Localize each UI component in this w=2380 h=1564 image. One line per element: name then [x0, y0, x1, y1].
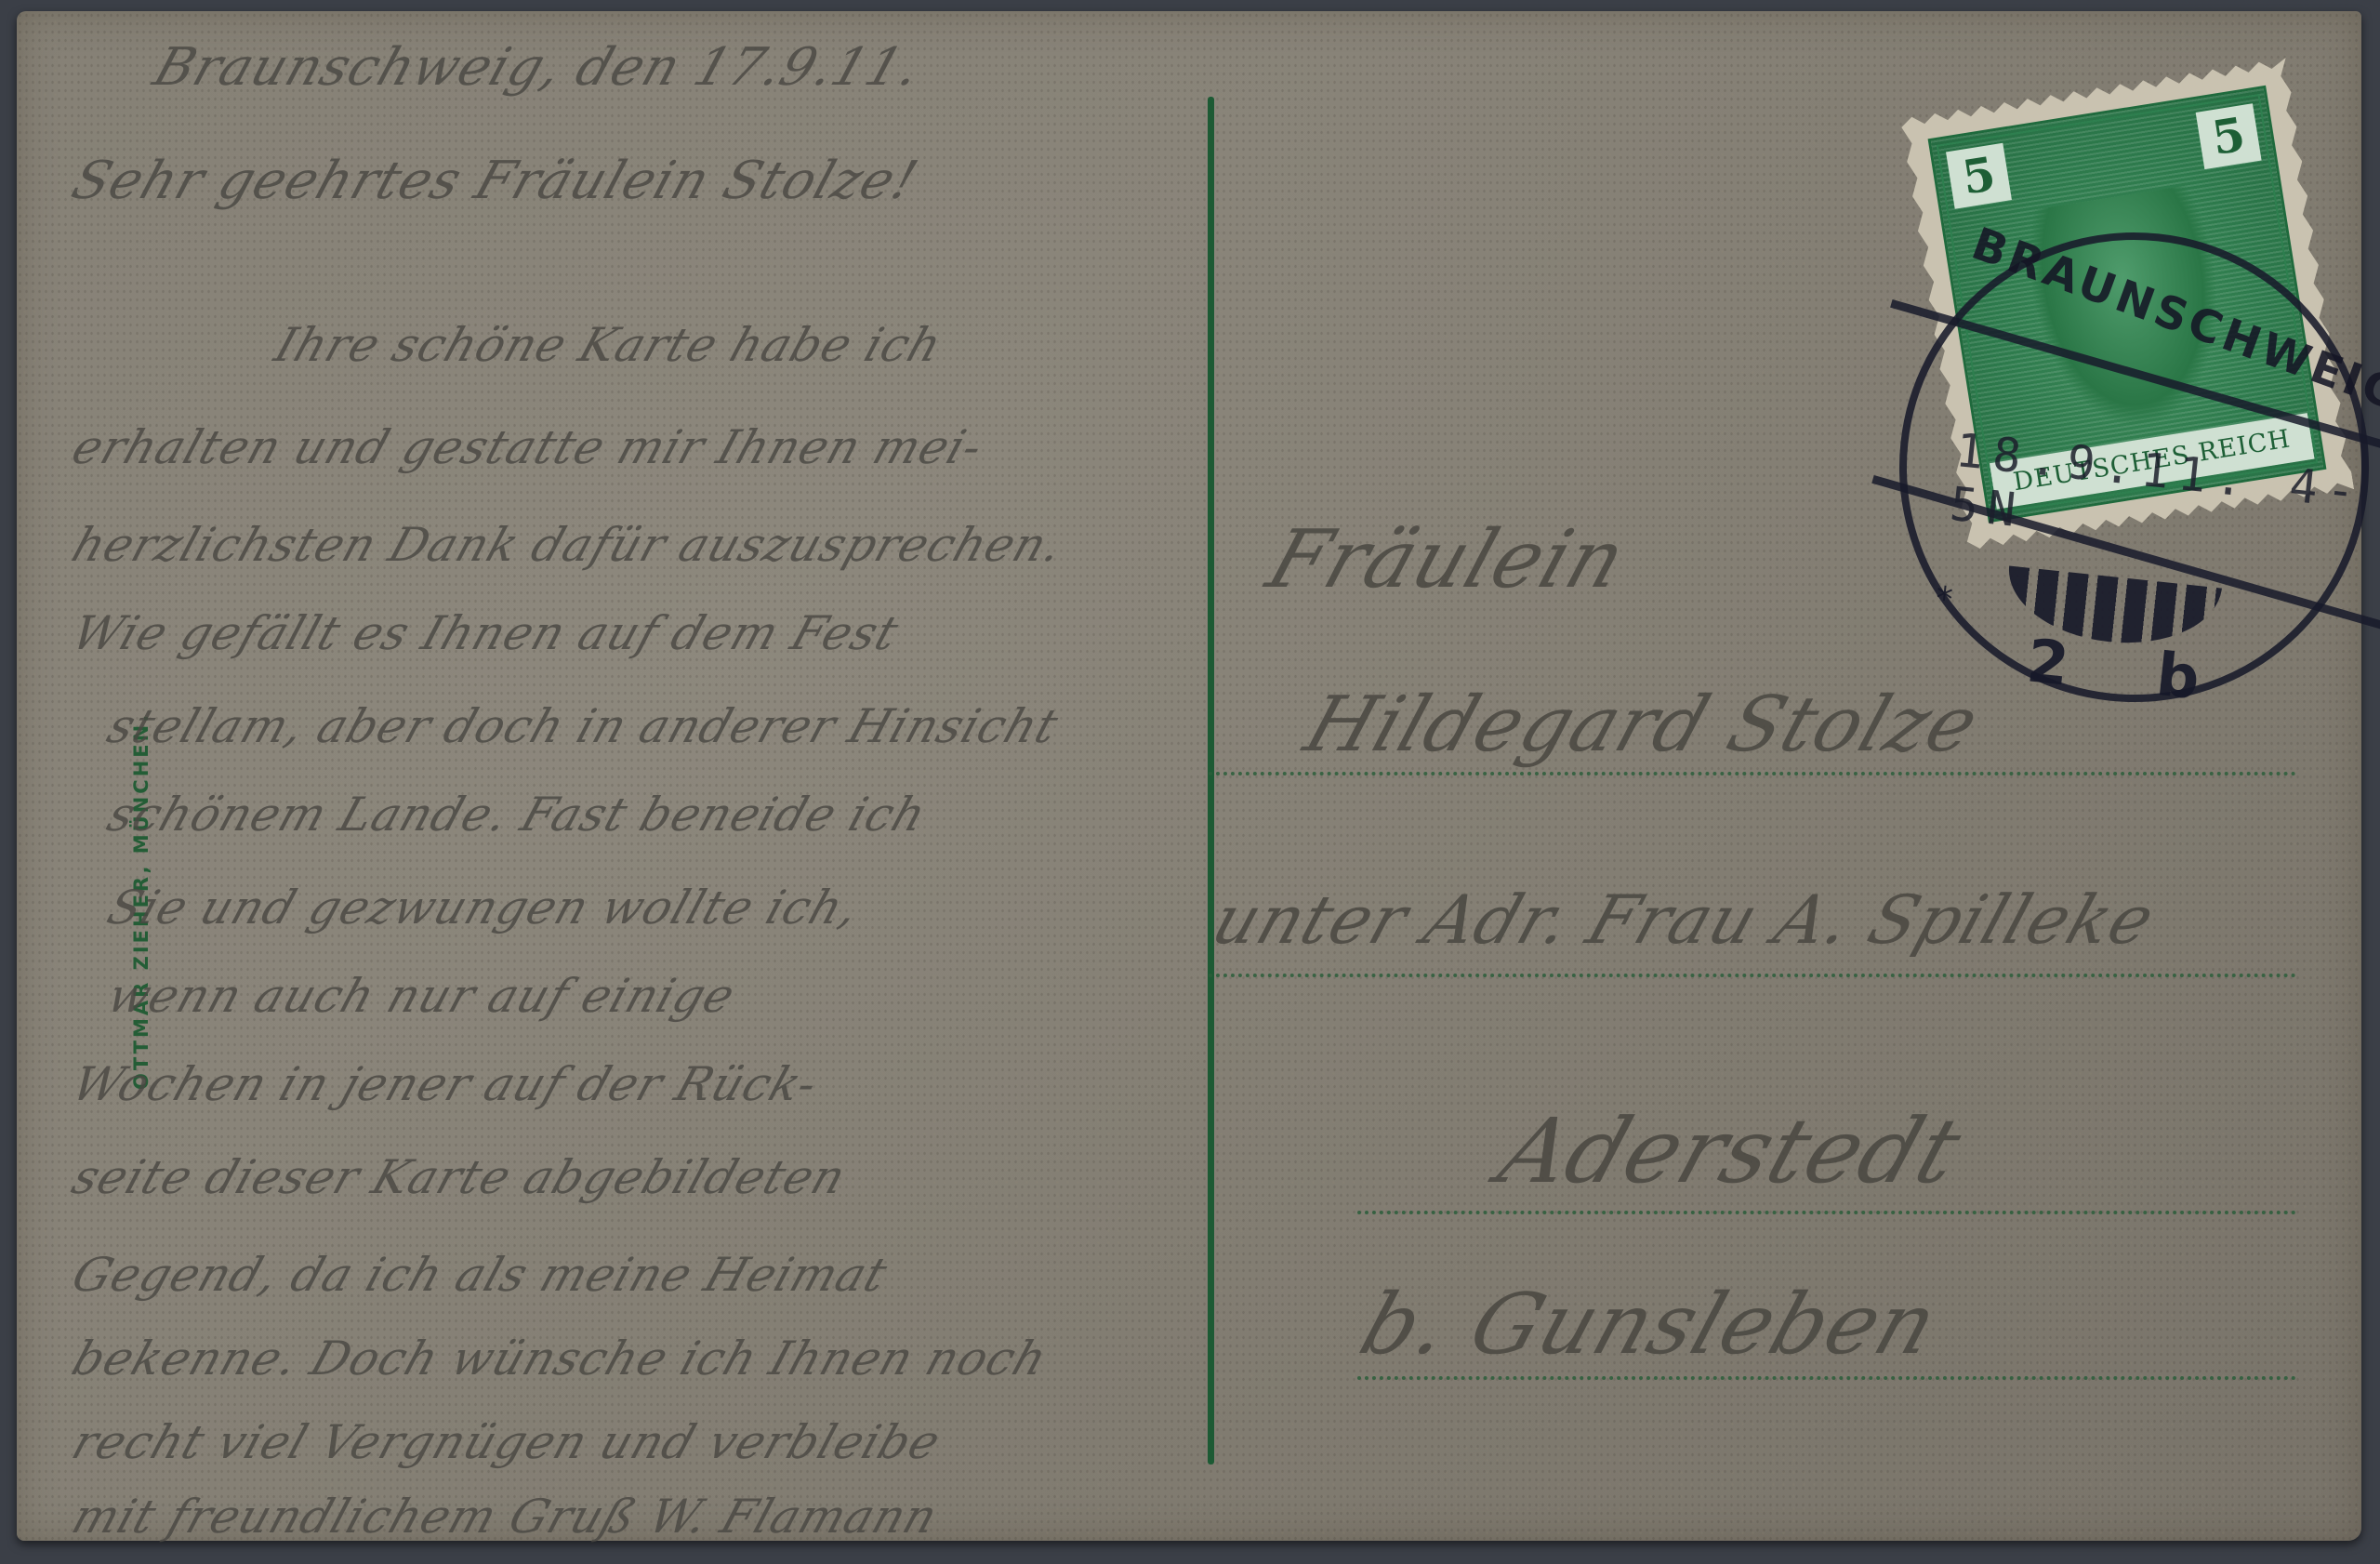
message-line: herzlichsten Dank dafür auszusprechen.	[66, 518, 1070, 572]
address-dotted-line-2	[1209, 974, 2296, 977]
message-line: Gegend, da ich als meine Heimat	[66, 1248, 894, 1302]
message-signature-line: mit freundlichem Gruß W. Flamann	[66, 1490, 945, 1544]
message-line: Wochen in jener auf der Rück-	[66, 1057, 826, 1111]
message-line: erhalten und gestatte mir Ihnen mei-	[66, 420, 990, 474]
address-line-care-of: unter Adr. Frau A. Spilleke	[1203, 881, 2164, 959]
message-salutation: Sehr geehrtes Fräulein Stolze!	[64, 151, 925, 211]
message-line: recht viel Vergnügen und verbleibe	[66, 1415, 948, 1469]
message-dateline: Braunschweig, den 17.9.11.	[146, 37, 929, 98]
postcard-back: OTTMAR ZIEHER, MÜNCHEN. Braunschweig, de…	[17, 11, 2361, 1541]
postmark-office-number: 2	[2024, 627, 2072, 699]
stamp-value-left: 5	[1946, 143, 2012, 209]
stamp-value-right: 5	[2196, 103, 2262, 169]
postmark-letter: b	[2153, 641, 2202, 713]
center-divider-line	[1208, 97, 1214, 1465]
message-line: Wie gefällt es Ihnen auf dem Fest	[66, 606, 906, 660]
address-dotted-line-1	[1209, 772, 2296, 775]
message-line: schönem Lande. Fast beneide ich	[101, 788, 933, 842]
message-line: wenn auch nur auf einige	[101, 969, 743, 1023]
message-line: Ihre schöne Karte habe ich	[269, 318, 949, 372]
address-line-district: b. Gunsleben	[1349, 1276, 1950, 1373]
address-dotted-line-3	[1357, 1211, 2296, 1214]
address-line-title: Fräulein	[1257, 513, 1637, 606]
address-line-town: Aderstedt	[1487, 1099, 1975, 1203]
message-line: stellam, aber doch in anderer Hinsicht	[101, 699, 1065, 753]
address-dotted-line-4	[1357, 1376, 2296, 1380]
message-line: bekenne. Doch wünsche ich Ihnen noch	[66, 1332, 1054, 1385]
message-line: seite dieser Karte abgebildeten	[66, 1150, 853, 1204]
address-line-name: Hildegard Stolze	[1295, 681, 1990, 769]
postmark-cancel: BRAUNSCHWEIG 18.9.11. 4-5N * 2 b	[1876, 209, 2380, 725]
message-line: Sie und gezwungen wollte ich,	[101, 881, 866, 934]
